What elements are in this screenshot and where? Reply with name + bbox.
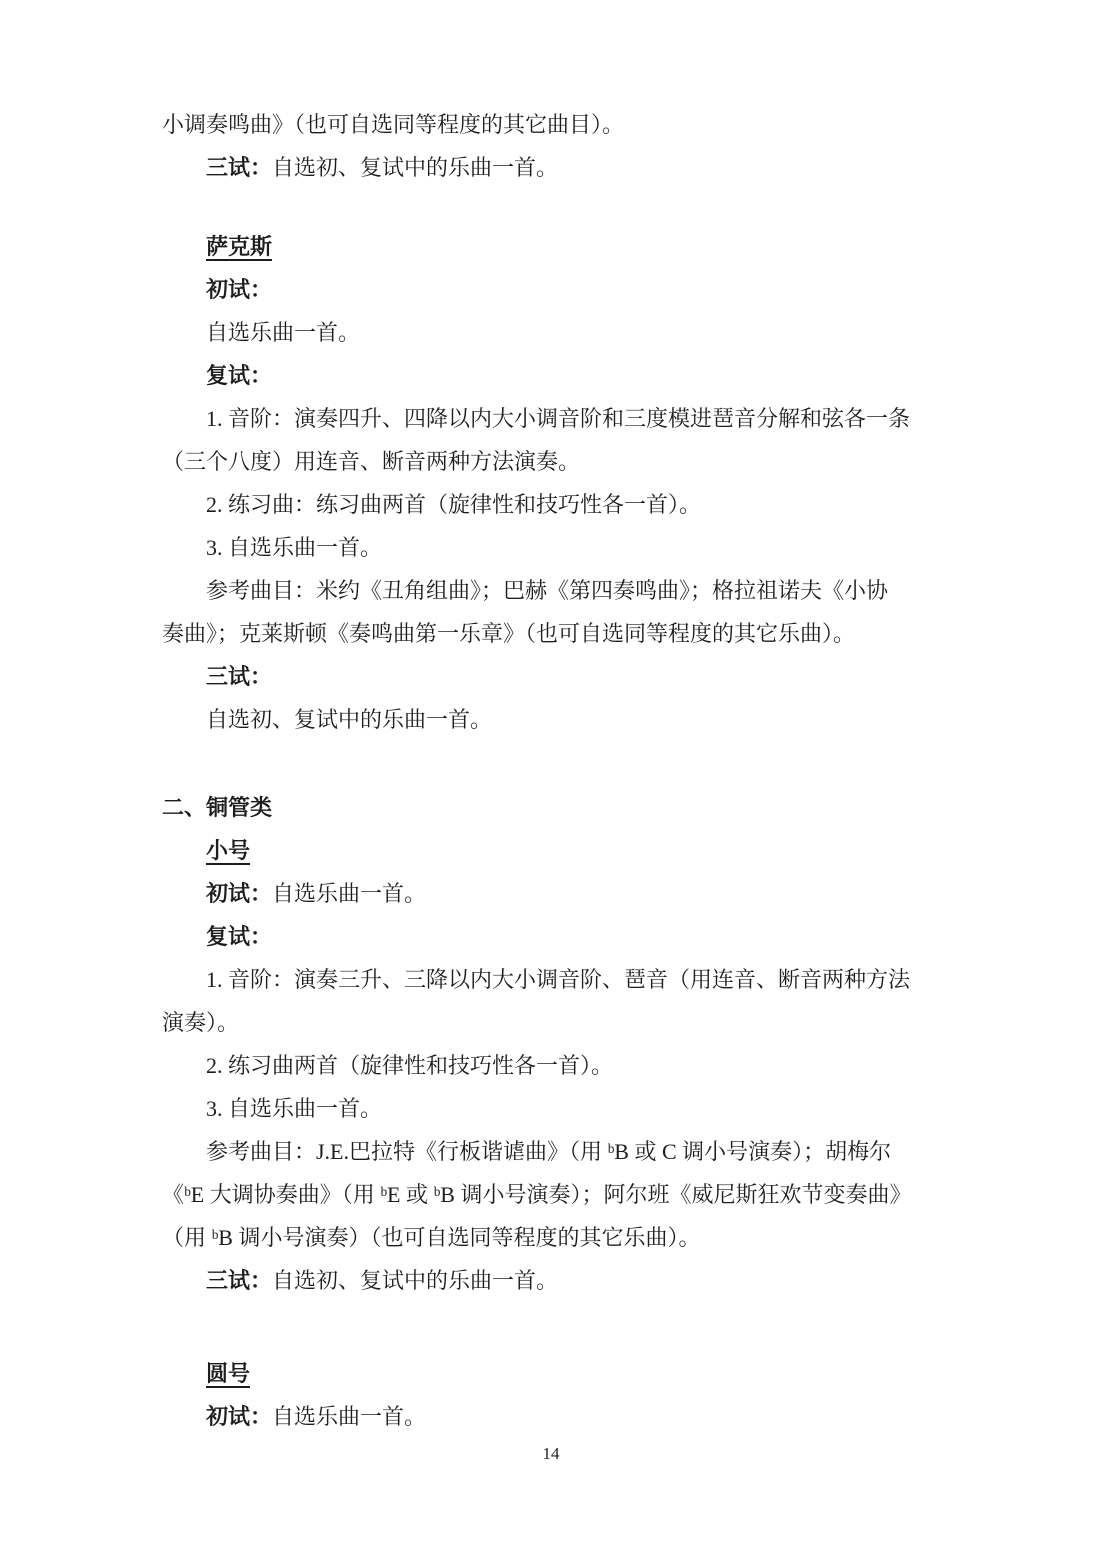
third-round-label: 三试： <box>206 155 272 180</box>
third-round-text: 自选初、复试中的乐曲一首。 <box>272 1268 558 1293</box>
instrument-title-french-horn: 圆号 <box>206 1361 250 1386</box>
page-number: 14 <box>0 1442 1102 1466</box>
instrument-title-saxophone: 萨克斯 <box>206 234 272 259</box>
reference-repertoire-line: 参考曲目：米约《丑角组曲》；巴赫《第四奏鸣曲》；格拉祖诺夫《小协 <box>162 569 952 612</box>
first-round-label: 初试： <box>206 1404 272 1429</box>
section-gap <box>162 189 952 225</box>
first-round-line: 初试：自选乐曲一首。 <box>162 872 952 915</box>
first-round-label-line: 初试： <box>162 268 952 311</box>
first-round-line: 初试：自选乐曲一首。 <box>162 1395 952 1438</box>
document-page: 小调奏鸣曲》（也可自选同等程度的其它曲目）。 三试：自选初、复试中的乐曲一首。 … <box>0 0 1102 1559</box>
page-content: 小调奏鸣曲》（也可自选同等程度的其它曲目）。 三试：自选初、复试中的乐曲一首。 … <box>162 103 952 1438</box>
paragraph-line-continuation: 小调奏鸣曲》（也可自选同等程度的其它曲目）。 <box>162 103 952 146</box>
first-round-text-line: 自选乐曲一首。 <box>162 311 952 354</box>
third-round-line: 三试：自选初、复试中的乐曲一首。 <box>162 146 952 189</box>
first-round-text: 自选乐曲一首。 <box>272 881 426 906</box>
reference-repertoire-continuation: 奏曲》；克莱斯顿《奏鸣曲第一乐章》（也可自选同等程度的其它乐曲）。 <box>162 612 952 655</box>
instrument-heading-trumpet: 小号 <box>162 829 952 872</box>
etude-requirement-line: 2. 练习曲两首（旋律性和技巧性各一首）。 <box>162 1044 952 1087</box>
first-round-label: 初试： <box>206 881 272 906</box>
instrument-heading-french-horn: 圆号 <box>162 1352 952 1395</box>
piece-requirement-line: 3. 自选乐曲一首。 <box>162 526 952 569</box>
third-round-line: 三试：自选初、复试中的乐曲一首。 <box>162 1259 952 1302</box>
section-heading-brass: 二、铜管类 <box>162 786 952 829</box>
second-round-label-line: 复试： <box>162 354 952 397</box>
scale-requirement-continuation: 演奏）。 <box>162 1001 952 1044</box>
instrument-heading-saxophone: 萨克斯 <box>162 225 952 268</box>
section-gap <box>162 1302 952 1352</box>
first-round-text: 自选乐曲一首。 <box>272 1404 426 1429</box>
third-round-text-line: 自选初、复试中的乐曲一首。 <box>162 698 952 741</box>
section-gap <box>162 741 952 786</box>
second-round-label-line: 复试： <box>162 915 952 958</box>
reference-repertoire-continuation: 《ᵇE 大调协奏曲》（用 ᵇE 或 ᵇB 调小号演奏）；阿尔班《威尼斯狂欢节变奏… <box>162 1173 952 1216</box>
scale-requirement-continuation: （三个八度）用连音、断音两种方法演奏。 <box>162 440 952 483</box>
third-round-text: 自选初、复试中的乐曲一首。 <box>272 155 558 180</box>
scale-requirement-line: 1. 音阶：演奏四升、四降以内大小调音阶和三度模进琶音分解和弦各一条 <box>162 397 952 440</box>
third-round-label: 三试： <box>206 1268 272 1293</box>
reference-repertoire-line: 参考曲目：J.E.巴拉特《行板谐谑曲》（用 ᵇB 或 C 调小号演奏）；胡梅尔 <box>162 1130 952 1173</box>
reference-repertoire-continuation: （用 ᵇB 调小号演奏）（也可自选同等程度的其它乐曲）。 <box>162 1216 952 1259</box>
piece-requirement-line: 3. 自选乐曲一首。 <box>162 1087 952 1130</box>
third-round-label-line: 三试： <box>162 655 952 698</box>
etude-requirement-line: 2. 练习曲：练习曲两首（旋律性和技巧性各一首）。 <box>162 483 952 526</box>
instrument-title-trumpet: 小号 <box>206 838 250 863</box>
scale-requirement-line: 1. 音阶：演奏三升、三降以内大小调音阶、琶音（用连音、断音两种方法 <box>162 958 952 1001</box>
